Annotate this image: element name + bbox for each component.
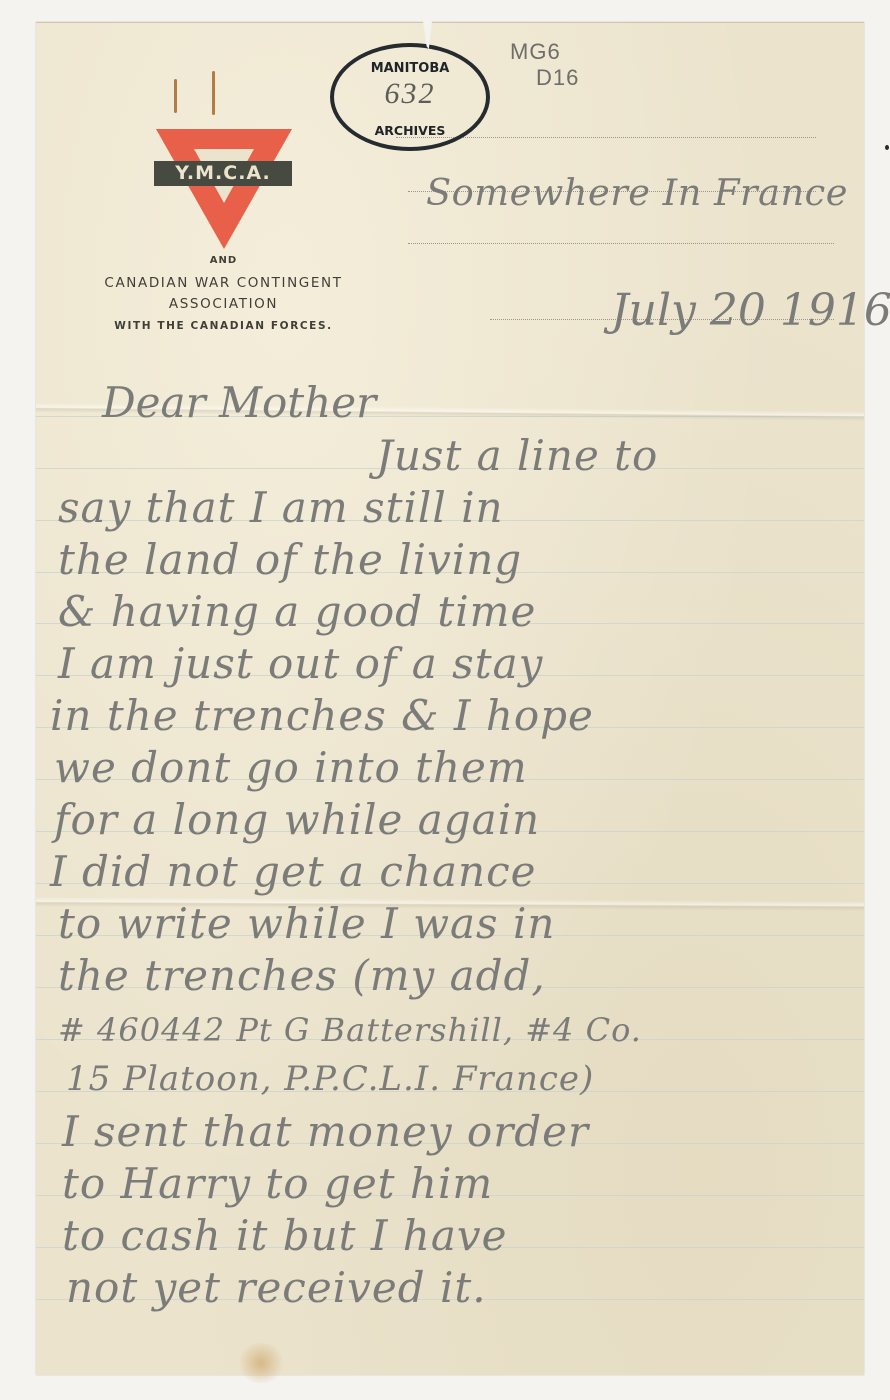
ymca-logo: Y.M.C.A. <box>154 129 294 251</box>
body-line: the trenches (my add, <box>58 951 546 1000</box>
body-line: I did not get a chance <box>50 847 536 896</box>
body-line: the land of the living <box>58 535 522 584</box>
body-line: to cash it but I have <box>62 1211 507 1260</box>
edge-mark <box>885 145 889 150</box>
body-line: to write while I was in <box>58 899 555 948</box>
archive-ref-line2: D16 <box>536 65 579 91</box>
body-line: we dont go into them <box>54 743 528 792</box>
stamp-top-text: MANITOBA <box>334 61 486 76</box>
letterhead-org-line2: ASSOCIATION <box>56 296 391 312</box>
stamp-bottom-text: ARCHIVES <box>334 123 486 138</box>
body-line: to Harry to get him <box>62 1159 493 1208</box>
red-triangle-icon <box>154 129 294 251</box>
body-line: not yet received it. <box>66 1263 487 1312</box>
salutation: Dear Mother <box>102 378 376 427</box>
rust-mark <box>174 79 177 113</box>
ymca-band: Y.M.C.A. <box>154 161 292 186</box>
body-line: & having a good time <box>58 587 536 636</box>
date-line: July 20 1916 <box>611 285 890 336</box>
dotted-line <box>408 243 834 244</box>
stamp-number: 632 <box>334 77 486 111</box>
body-line: say that I am still in <box>58 483 504 532</box>
rust-mark <box>212 71 215 115</box>
body-line: I sent that money order <box>62 1107 589 1156</box>
archive-ref-line1: MG6 <box>510 39 561 65</box>
letterhead-and: AND <box>56 255 391 266</box>
letterhead-org-line1: CANADIAN WAR CONTINGENT <box>56 275 391 291</box>
letter-page: Y.M.C.A. AND CANADIAN WAR CONTINGENT ASS… <box>36 22 864 1375</box>
body-line: 15 Platoon, P.P.C.L.I. France) <box>66 1059 594 1099</box>
letterhead-org-line3: WITH THE CANADIAN FORCES. <box>56 320 391 332</box>
body-line: Just a line to <box>376 431 658 480</box>
archive-stamp: MANITOBA 632 ARCHIVES <box>330 43 490 151</box>
place-line: Somewhere In France <box>426 173 848 214</box>
body-line: for a long while again <box>54 795 540 844</box>
body-line: in the trenches & I hope <box>50 691 594 740</box>
stain <box>236 1343 286 1383</box>
body-line: # 460442 Pt G Battershill, #4 Co. <box>58 1011 642 1049</box>
body-line: I am just out of a stay <box>58 639 543 688</box>
